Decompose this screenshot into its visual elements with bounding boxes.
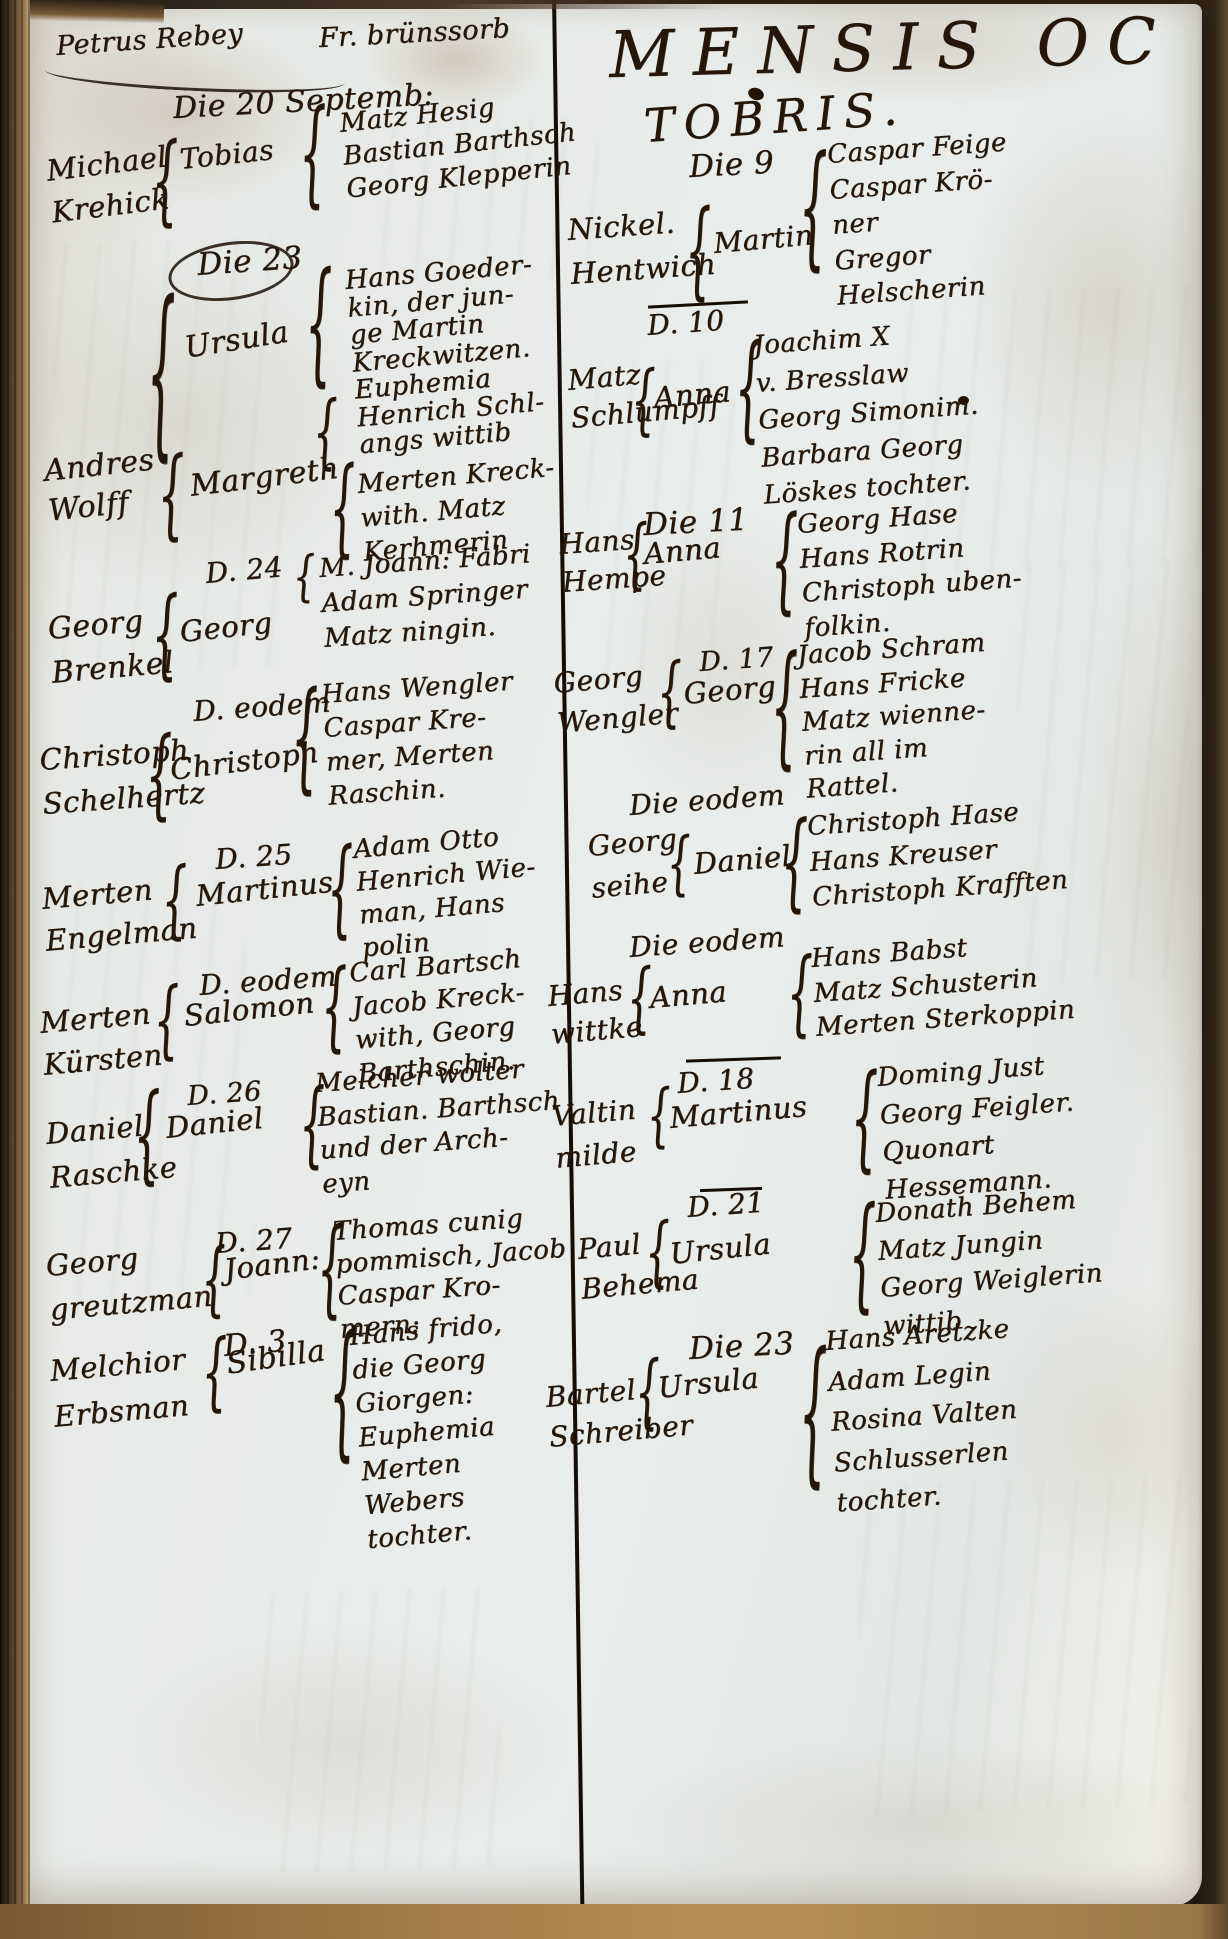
witness-list: Georg Hase Hans Rotrin Christoph uben- f… <box>796 493 1025 646</box>
witness-list: Melcher wolter Bastian. Barthsch und der… <box>314 1051 566 1202</box>
child-name: Anna <box>648 973 728 1016</box>
brace-glyph <box>152 976 182 1064</box>
witness-list: Hans Aretzke Adam Legin Rosina Valten Sc… <box>824 1309 1024 1524</box>
brace-glyph <box>132 1081 163 1191</box>
father-name: Georg greutzman <box>44 1230 214 1332</box>
entry-date: Die 23 <box>196 239 304 285</box>
brace-glyph <box>304 258 334 394</box>
brace-glyph <box>786 946 814 1040</box>
brace-glyph <box>150 586 181 687</box>
brace-glyph <box>326 835 355 943</box>
witness-list: Hans Goeder- kin, der jun- ge Martin Kre… <box>344 252 548 460</box>
brace-glyph <box>150 132 181 233</box>
entry-date: D. 10 <box>646 303 726 343</box>
ink-showthrough <box>255 1586 505 1874</box>
brace-glyph <box>328 1319 358 1469</box>
ink-showthrough <box>854 1474 1195 1815</box>
brace-glyph <box>850 1061 880 1178</box>
brace-glyph <box>630 361 658 439</box>
page-corner-stack <box>24 0 165 24</box>
brace-glyph <box>320 957 349 1057</box>
ink-showthrough <box>1013 557 1198 983</box>
brace-glyph <box>200 1328 230 1416</box>
father-name: Valtin milde <box>550 1089 642 1180</box>
brace-glyph <box>684 197 713 305</box>
child-name: Anna <box>652 373 732 416</box>
brace-glyph <box>160 856 190 944</box>
entry-date: Die 9 <box>688 144 775 187</box>
manuscript-page: Petrus Rebey Fr. brünssorb Die 20 Septem… <box>0 0 1228 1939</box>
brace-glyph <box>644 1213 672 1291</box>
brace-glyph <box>316 1215 345 1323</box>
brace-glyph <box>146 276 177 464</box>
witness-list: Christoph Hase Hans Kreuser Christoph Kr… <box>806 792 1069 916</box>
father-name: Andres Wolff <box>42 440 160 531</box>
brace-glyph <box>780 810 810 918</box>
brace-glyph <box>798 1331 829 1491</box>
brace-glyph <box>734 331 764 448</box>
book-spine-page-edges <box>0 0 30 1939</box>
brace-glyph <box>290 678 320 801</box>
witness-list: Jacob Schram Hans Fricke Matz wienne- ri… <box>796 627 996 807</box>
witness-list: Hans Babst Matz Schusterin Merten Sterko… <box>810 924 1076 1045</box>
brace-glyph <box>156 446 187 547</box>
brace-glyph <box>328 453 358 562</box>
table-edge <box>0 1904 1228 1939</box>
brace-glyph <box>298 1077 327 1172</box>
child-name: Anna <box>642 529 722 572</box>
witness-list: M. Joann: Fabri Adam Springer Matz ningi… <box>318 537 537 657</box>
brace-glyph <box>656 653 684 731</box>
brace-glyph <box>770 641 800 776</box>
father-name: Melchior Erbsman <box>48 1336 191 1439</box>
brace-glyph <box>298 96 328 214</box>
witness-list: Hans Wengler Caspar Kre- mer, Merten Ras… <box>320 665 521 814</box>
entry-date: D. 21 <box>686 1185 766 1225</box>
brace-glyph <box>666 828 692 899</box>
brace-glyph <box>646 1080 672 1151</box>
witness-list: Joachim X v. Bresslaw Georg Simonim. Bar… <box>752 313 985 515</box>
brace-glyph <box>634 1351 662 1434</box>
entry-date: D. 24 <box>204 549 284 591</box>
witness-list: Caspar Feige Caspar Krö- ner Gregor Hels… <box>826 125 1018 315</box>
brace-glyph <box>622 515 650 593</box>
brace-glyph <box>200 1238 228 1321</box>
brace-glyph <box>770 503 800 620</box>
witness-list: Hans frido, die Georg Giorgen: Euphemia … <box>348 1307 521 1557</box>
brace-glyph <box>626 959 654 1037</box>
father-name: Merten Kürsten <box>38 992 164 1086</box>
brace-glyph <box>292 550 317 606</box>
brace-glyph <box>848 1193 878 1319</box>
page-right-edge <box>1198 0 1228 1939</box>
brace-glyph <box>144 726 175 827</box>
brace-glyph <box>798 137 829 273</box>
